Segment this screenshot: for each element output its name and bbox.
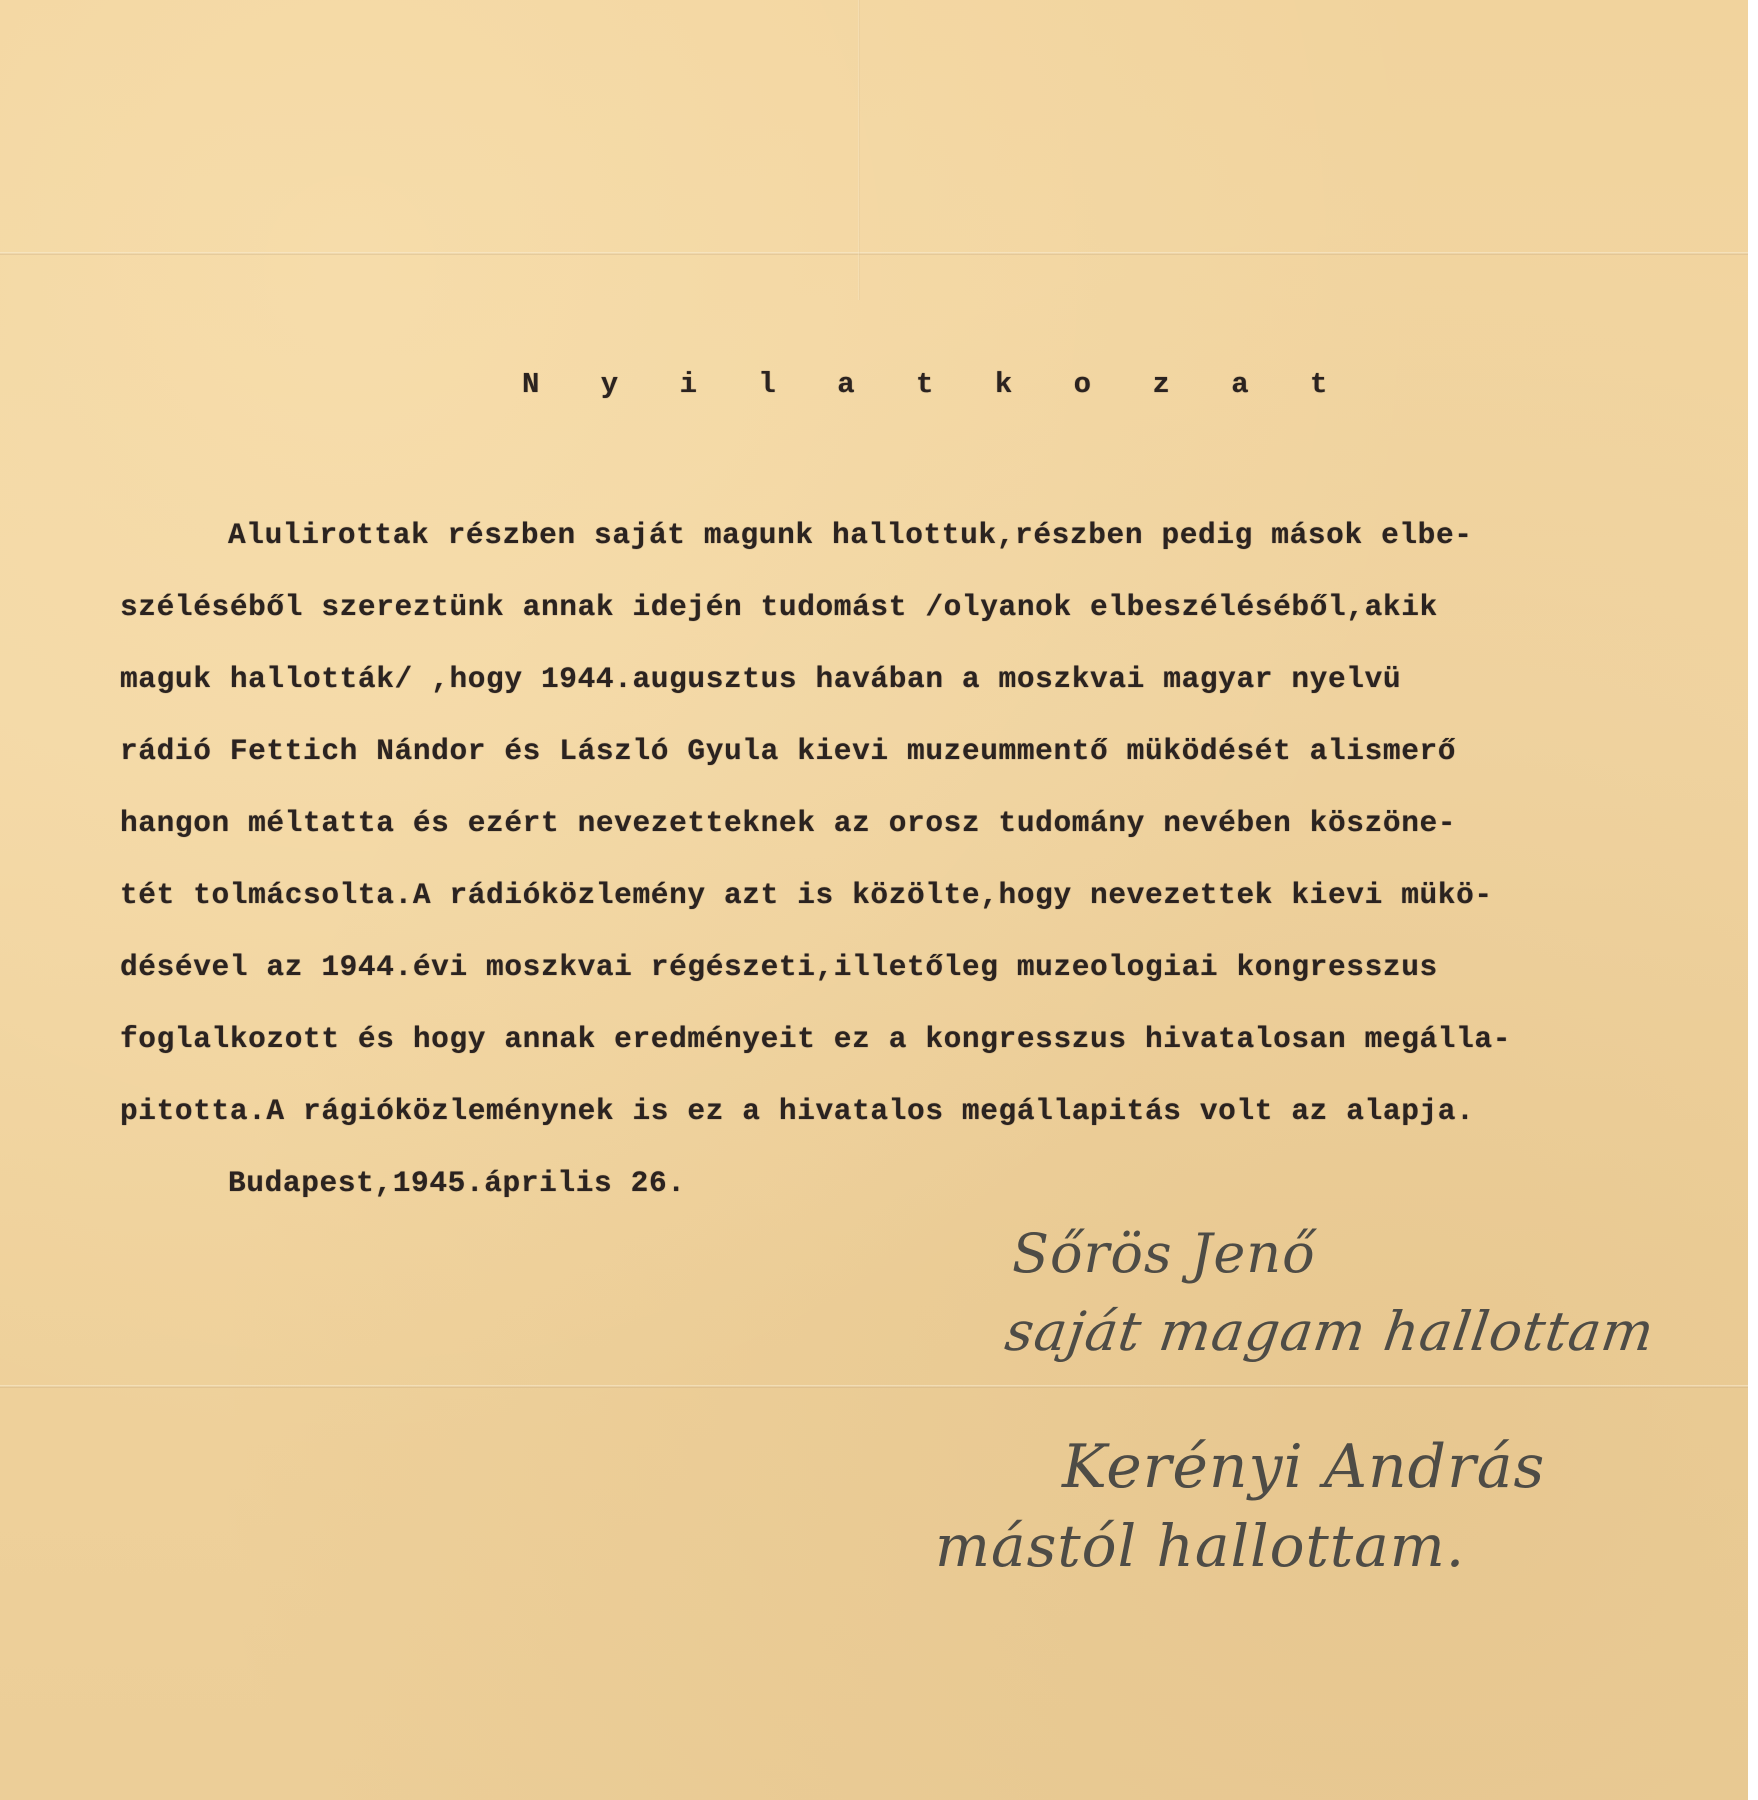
body-line: pitotta.A rágióközleménynek is ez a hiva… [120, 1094, 1474, 1128]
signature-name: Kerényi András [1062, 1432, 1545, 1502]
paper-fold-line [858, 0, 860, 300]
signature-note: mástól hallottam. [935, 1512, 1465, 1580]
signature-note: saját magam hallottam [1002, 1300, 1659, 1363]
body-line: széléséből szereztünk annak idején tudom… [120, 590, 1438, 624]
body-line: Alulirottak részben saját magunk hallott… [228, 518, 1473, 552]
body-line: désével az 1944.évi moszkvai régészeti,i… [120, 950, 1438, 984]
document-title: N y i l a t k o z a t [522, 368, 1349, 401]
paper-fold-line [0, 252, 1748, 255]
body-line: rádió Fettich Nándor és László Gyula kie… [120, 734, 1456, 768]
signature-name: Sőrös Jenő [1012, 1222, 1316, 1285]
paper-fold-line [0, 1385, 1748, 1388]
body-line: tét tolmácsolta.A rádióközlemény azt is … [120, 878, 1493, 912]
body-line: maguk hallották/ ,hogy 1944.augusztus ha… [120, 662, 1401, 696]
place-date: Budapest,1945.április 26. [228, 1166, 686, 1200]
body-line: foglalkozott és hogy annak eredményeit e… [120, 1022, 1511, 1056]
letter-page: N y i l a t k o z a t Alulirottak részbe… [0, 0, 1748, 1800]
body-line: hangon méltatta és ezért nevezetteknek a… [120, 806, 1456, 840]
